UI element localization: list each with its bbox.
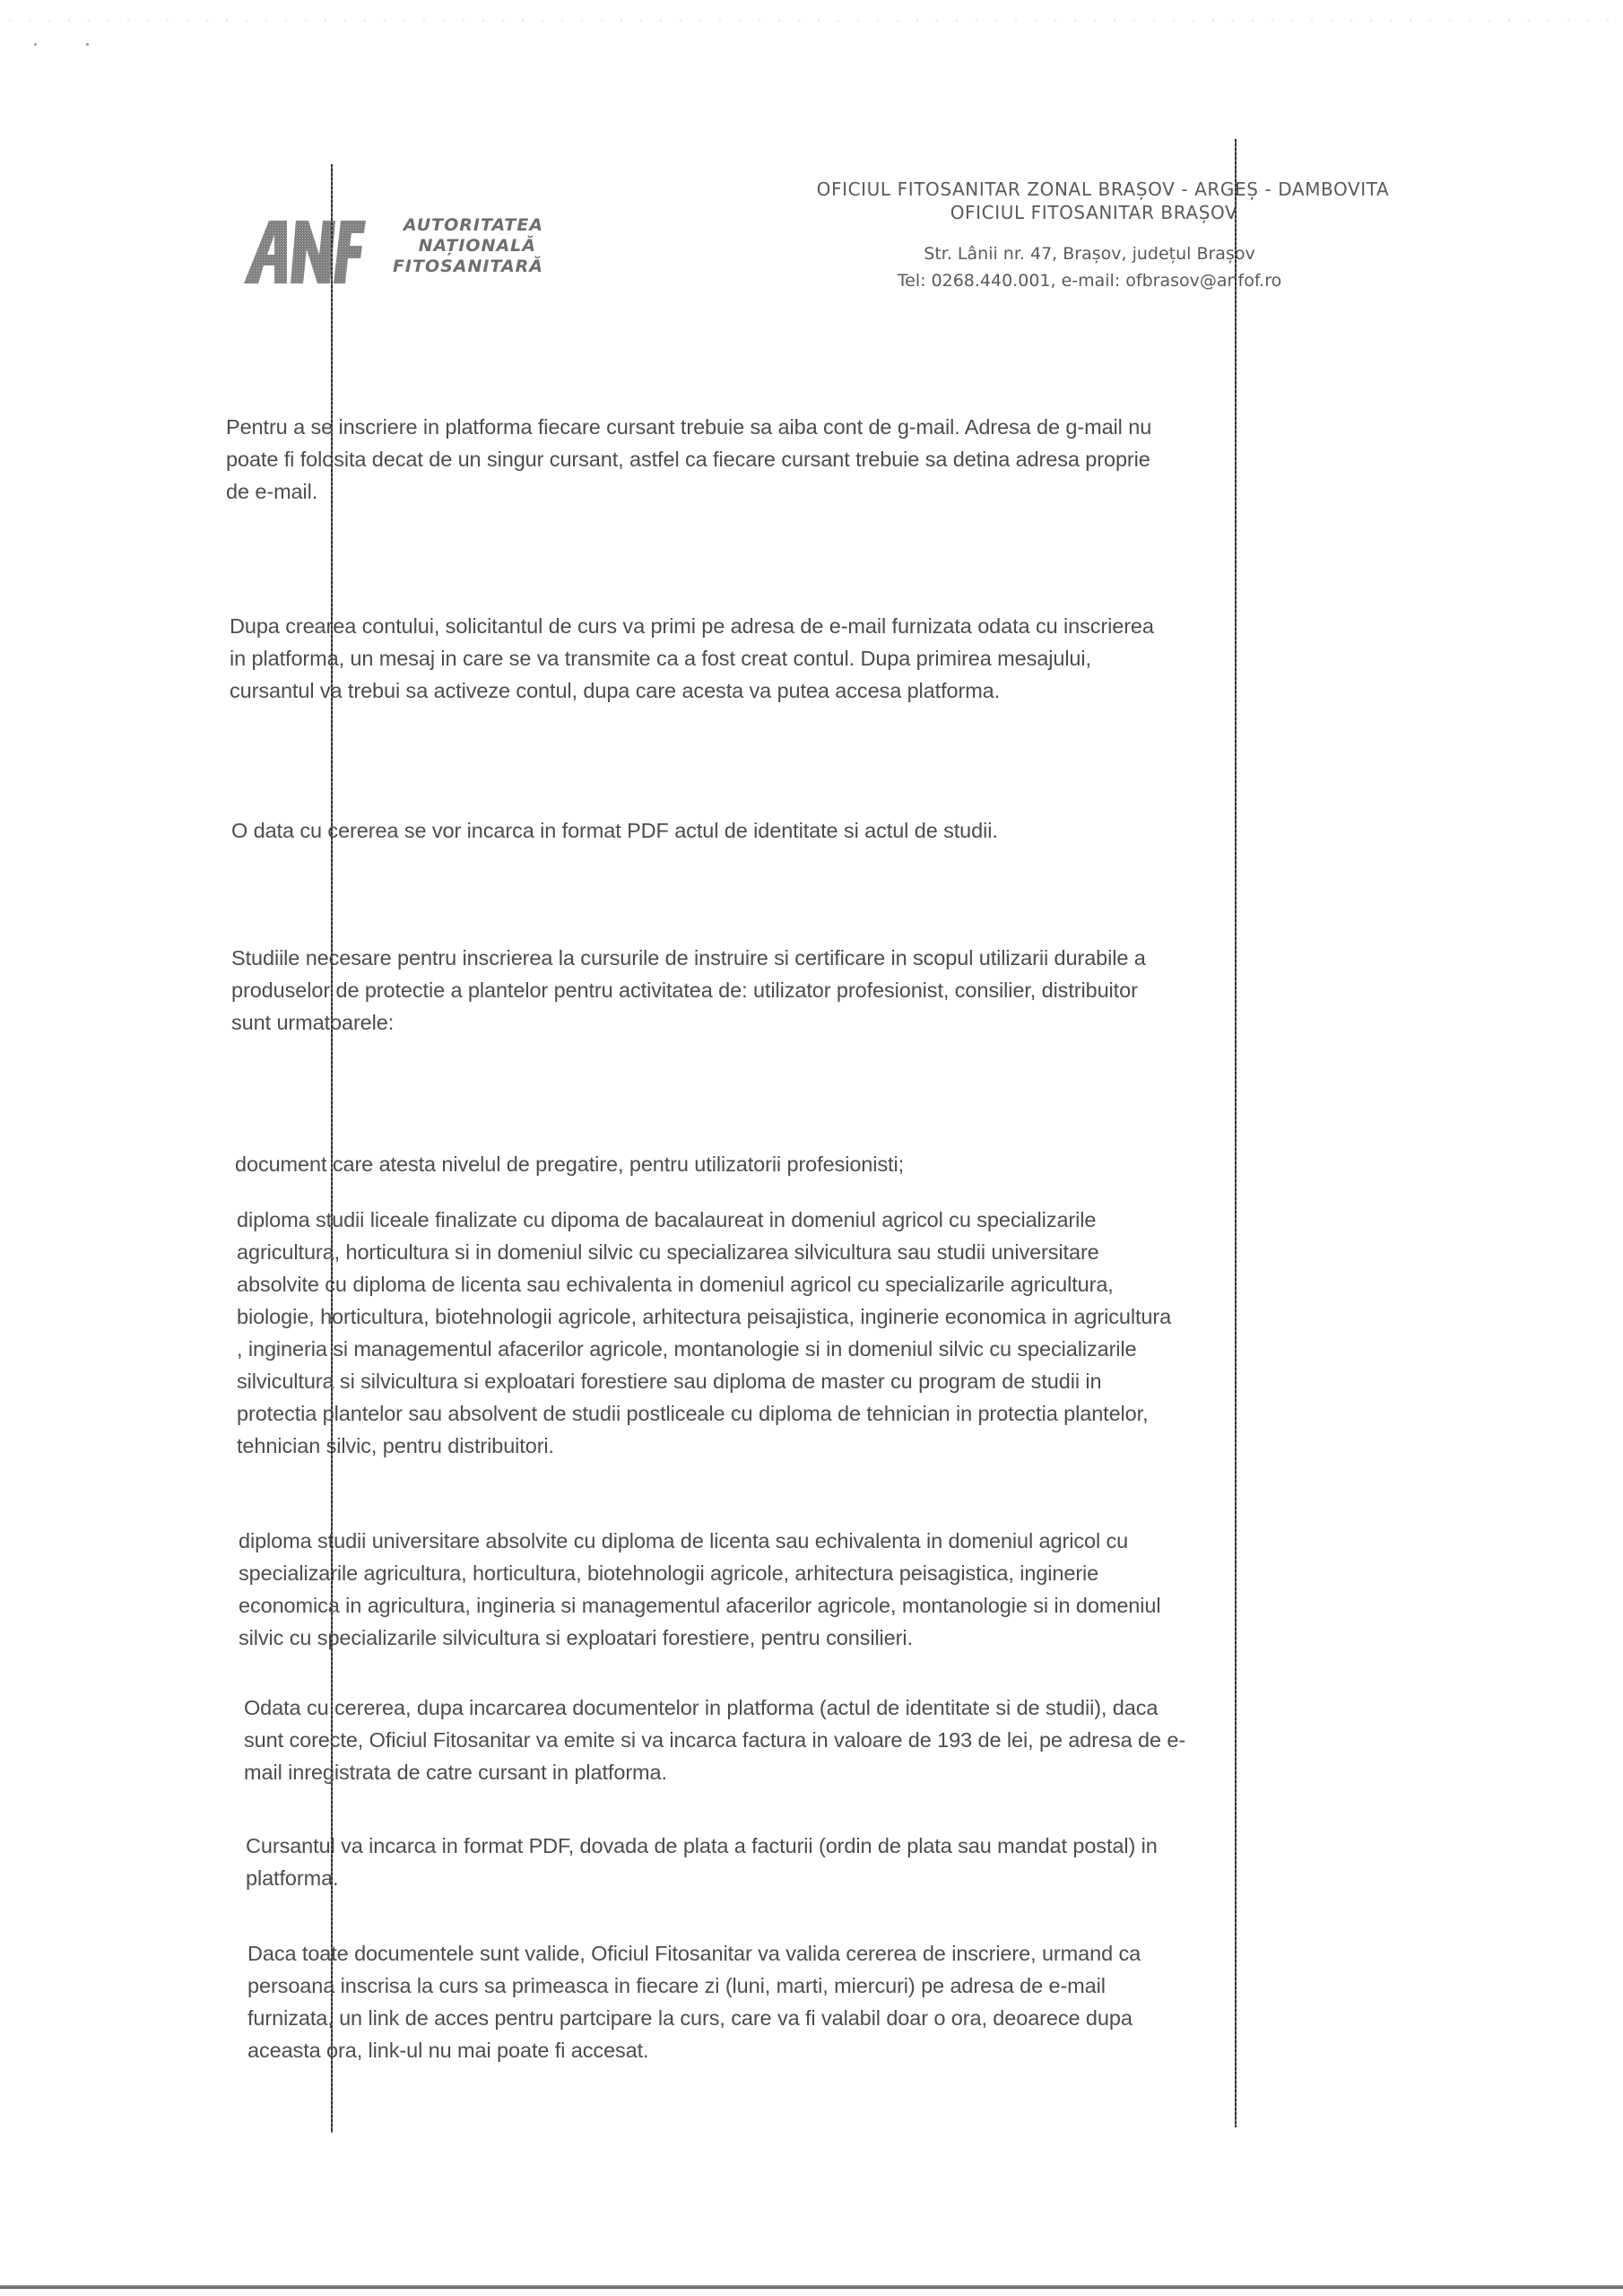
office-address: Str. Lânii nr. 47, Brașov, județul Brașo… — [717, 240, 1435, 267]
text-line: sunt corecte, Oficiul Fitosanitar va emi… — [244, 1724, 1185, 1756]
paragraph-upload-documents: O data cu cererea se vor incarca in form… — [231, 814, 998, 847]
paragraph-course-access: Daca toate documentele sunt valide, Ofic… — [247, 1937, 1141, 2066]
office-name: OFICIUL FITOSANITAR BRAȘOV — [717, 201, 1435, 224]
text-line: Cursantul va incarca in format PDF, dova… — [246, 1830, 1158, 1862]
paragraph-required-studies: Studiile necesare pentru inscrierea la c… — [231, 942, 1146, 1039]
scan-speck — [34, 43, 37, 46]
text-line: diploma studii liceale finalizate cu dip… — [237, 1204, 1171, 1236]
paragraph-account-creation: Dupa crearea contului, solicitantul de c… — [230, 610, 1154, 707]
logo-wordmark: AUTORITATEA NAȚIONALĂ FITOSANITARĂ — [371, 215, 543, 277]
anf-logo: AUTORITATEA NAȚIONALĂ FITOSANITARĂ — [240, 215, 563, 287]
text-line: protectia plantelor sau absolvent de stu… — [237, 1397, 1171, 1430]
scan-bottom-edge — [0, 2285, 1623, 2289]
scan-speck — [86, 43, 89, 46]
scan-artifact-dots — [0, 16, 1623, 25]
text-line: absolvite cu diploma de licenta sau echi… — [237, 1268, 1171, 1300]
text-line: aceasta ora, link-ul nu mai poate fi acc… — [247, 2034, 1141, 2066]
scan-crease-line-right — [1235, 139, 1237, 2127]
text-line: furnizata, un link de acces pentru partc… — [247, 2002, 1141, 2034]
logo-line: AUTORITATEA — [371, 215, 543, 236]
text-line: document care atesta nivelul de pregatir… — [235, 1148, 904, 1180]
text-line: produselor de protectie a plantelor pent… — [231, 974, 1146, 1006]
logo-line: FITOSANITARĂ — [371, 257, 543, 277]
text-line: platforma. — [246, 1862, 1158, 1894]
office-zonal-name: OFICIUL FITOSANITAR ZONAL BRAȘOV - ARGEȘ… — [717, 178, 1435, 201]
paragraph-consultants-diploma: diploma studii universitare absolvite cu… — [239, 1525, 1160, 1654]
paragraph-payment-proof: Cursantul va incarca in format PDF, dova… — [246, 1830, 1158, 1894]
text-line: tehnician silvic, pentru distribuitori. — [237, 1430, 1171, 1462]
text-line: agricultura, horticultura si in domeniul… — [237, 1236, 1171, 1268]
text-line: sunt urmatoarele: — [231, 1006, 1146, 1039]
text-line: poate fi folosita decat de un singur cur… — [226, 443, 1151, 475]
text-line: O data cu cererea se vor incarca in form… — [231, 814, 998, 847]
scanned-document-page: AUTORITATEA NAȚIONALĂ FITOSANITARĂ OFICI… — [0, 0, 1623, 2296]
text-line: silvicultura si silvicultura si exploata… — [237, 1365, 1171, 1397]
text-line: in platforma, un mesaj in care se va tra… — [230, 642, 1154, 674]
text-line: cursantul va trebui sa activeze contul, … — [230, 674, 1154, 707]
text-line: silvic cu specializarile silvicultura si… — [239, 1622, 1160, 1654]
paragraph-distributors-diploma: diploma studii liceale finalizate cu dip… — [237, 1204, 1171, 1462]
paragraph-gmail-account: Pentru a se inscriere in platforma fieca… — [226, 411, 1151, 508]
text-line: Pentru a se inscriere in platforma fieca… — [226, 411, 1151, 443]
text-line: , ingineria si managementul afacerilor a… — [237, 1333, 1171, 1365]
text-line: persoana inscrisa la curs sa primeasca i… — [247, 1970, 1141, 2002]
text-line: mail inregistrata de catre cursant in pl… — [244, 1756, 1185, 1788]
text-line: Dupa crearea contului, solicitantul de c… — [230, 610, 1154, 642]
paragraph-invoice: Odata cu cererea, dupa incarcarea docume… — [244, 1692, 1185, 1788]
text-line: specializarile agricultura, horticultura… — [239, 1557, 1160, 1589]
scan-crease-line-left — [331, 164, 333, 2133]
office-letterhead: OFICIUL FITOSANITAR ZONAL BRAȘOV - ARGEȘ… — [717, 178, 1435, 294]
text-line: diploma studii universitare absolvite cu… — [239, 1525, 1160, 1557]
logo-line: NAȚIONALĂ — [371, 236, 543, 257]
text-line: Odata cu cererea, dupa incarcarea docume… — [244, 1692, 1185, 1724]
office-contact: Tel: 0268.440.001, e-mail: ofbrasov@anfo… — [717, 267, 1435, 294]
text-line: biologie, horticultura, biotehnologii ag… — [237, 1300, 1171, 1333]
anf-logo-mark-icon — [240, 219, 366, 283]
text-line: Daca toate documentele sunt valide, Ofic… — [247, 1937, 1141, 1970]
text-line: de e-mail. — [226, 475, 1151, 508]
paragraph-professional-users: document care atesta nivelul de pregatir… — [235, 1148, 904, 1180]
text-line: economica in agricultura, ingineria si m… — [239, 1589, 1160, 1622]
text-line: Studiile necesare pentru inscrierea la c… — [231, 942, 1146, 974]
